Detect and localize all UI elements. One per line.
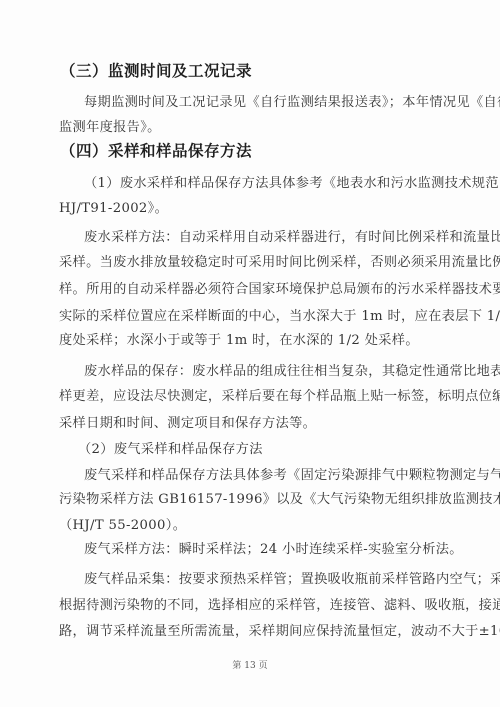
text-line: 废气样品采集：按要求预热采样管；置换吸收瓶前采样管路内空气；采样 <box>84 571 463 589</box>
text-line: HJ/T91-2002》。 <box>59 200 463 218</box>
text-line: 废气采样方法：瞬时采样法；24 小时连续采样-实验室分析法。 <box>84 541 463 559</box>
text-line: 采样。当废水排放量较稳定时可采用时间比例采样，否则必须采用流量比例采 <box>59 254 463 272</box>
text-line: （2）废气采样和样品保存方法 <box>78 441 482 459</box>
text-line: （1）废水采样和样品保存方法具体参考《地表水和污水监测技术规范 <box>84 175 463 193</box>
text-line: 废水样品的保存：废水样品的组成往往相当复杂，其稳定性通常比地表水 <box>84 363 463 381</box>
text-line: 每期监测时间及工况记录见《自行监测结果报送表》；本年情况见《自行 <box>84 94 463 112</box>
text-line: 根据待测污染物的不同，选择相应的采样管，连接管、滤料、吸收瓶，接通采样管 <box>59 597 463 615</box>
text-line: 实际的采样位置应在采样断面的中心，当水深大于 1m 时，应在表层下 1/4 深 <box>59 308 463 326</box>
section-heading: （三）监测时间及工况记录 <box>60 62 464 80</box>
text-line: 样更差，应设法尽快测定，采样后要在每个样品瓶上贴一标签，标明点位编号、 <box>59 388 463 406</box>
text-line: 样。所用的自动采样器必须符合国家环境保护总局颁布的污水采样器技术要求。 <box>59 281 463 299</box>
document-page: （三）监测时间及工况记录每期监测时间及工况记录见《自行监测结果报送表》；本年情况… <box>0 0 500 707</box>
text-line: 监测年度报告》。 <box>59 119 463 137</box>
section-heading: （四）采样和样品保存方法 <box>60 142 464 160</box>
text-line: 路，调节采样流量至所需流量，采样期间应保持流量恒定，波动不大于±10%。采 <box>59 623 463 641</box>
text-line: 废气采样和样品保存方法具体参考《固定污染源排气中颗粒物测定与气态 <box>84 467 463 485</box>
text-line: 采样日期和时间、测定项目和保存方法等。 <box>59 415 463 433</box>
text-line: 度处采样；水深小于或等于 1m 时，在水深的 1/2 处采样。 <box>59 332 463 350</box>
page-number: 第 13 页 <box>0 658 500 671</box>
text-line: 废水采样方法：自动采样用自动采样器进行，有时间比例采样和流量比例 <box>84 229 463 247</box>
text-line: 污染物采样方法 GB16157-1996》以及《大气污染物无组织排放监测技术导则… <box>59 491 463 509</box>
text-line: （HJ/T 55-2000）。 <box>59 517 463 535</box>
